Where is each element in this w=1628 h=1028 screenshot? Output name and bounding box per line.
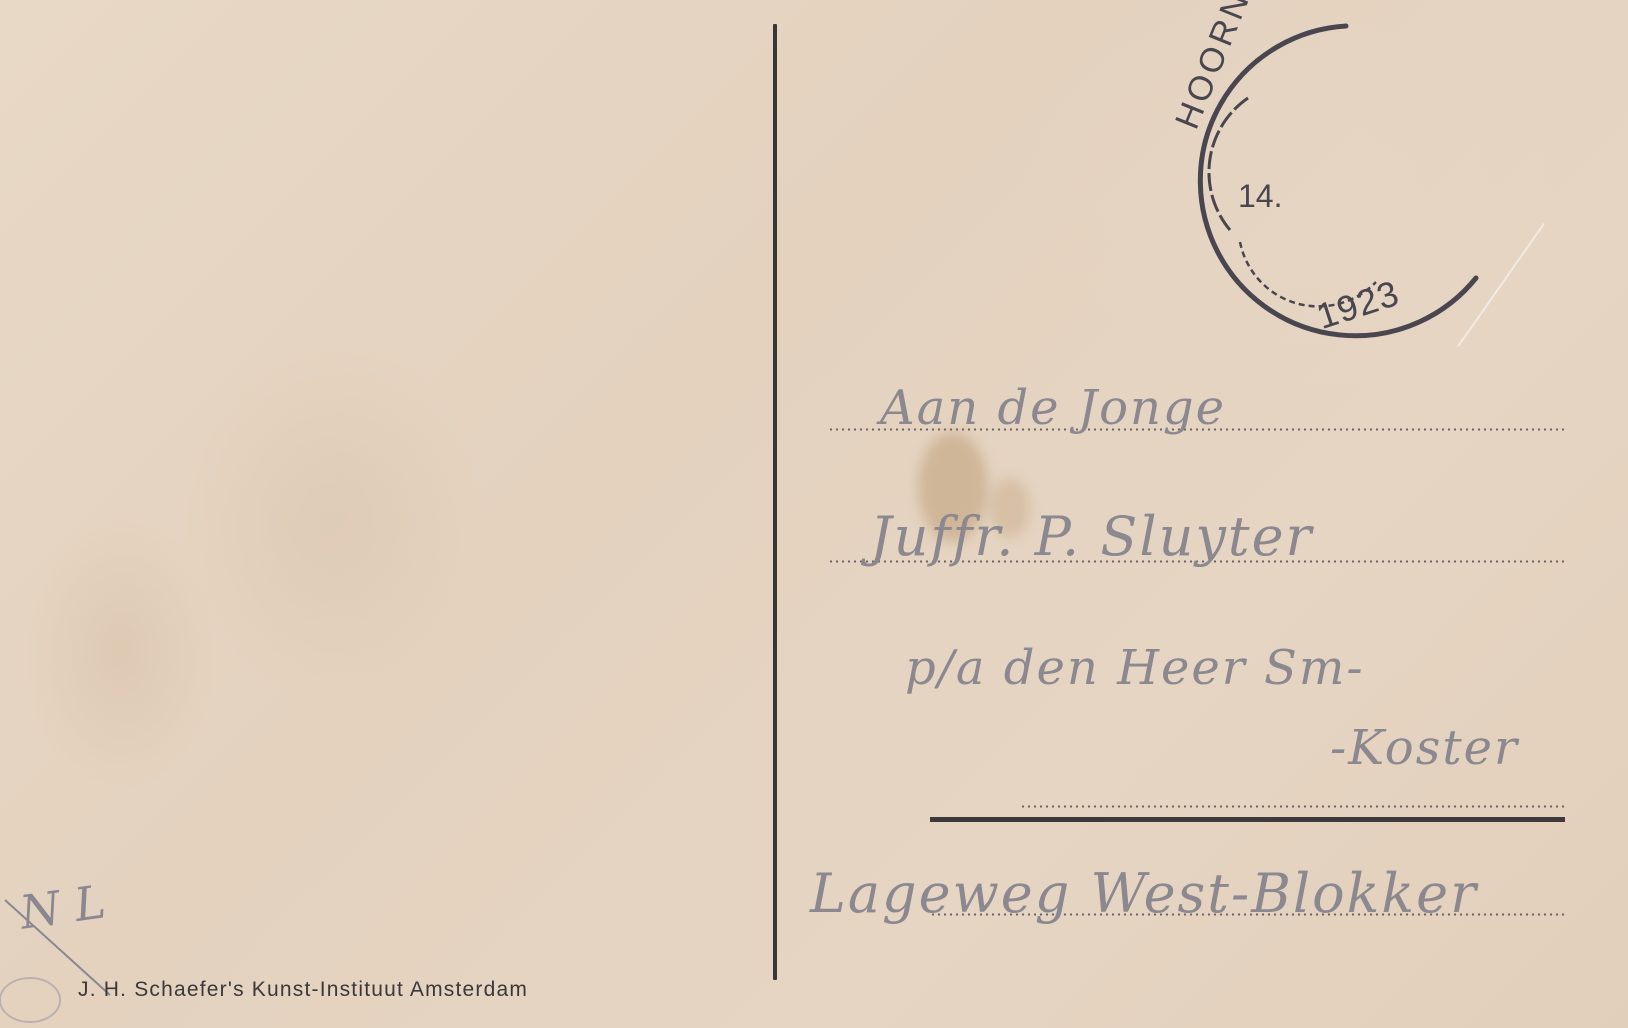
postcard-back: HOORN 14. 1923 Aan de Jonge Juffr. P. Sl… [0, 0, 1628, 1028]
address-text-line-1: Aan de Jonge [880, 380, 1226, 436]
address-text-line-4: -Koster [1330, 720, 1519, 776]
address-line-solid [930, 817, 1565, 822]
pencil-scribble [0, 880, 200, 1028]
address-text-line-5: Lageweg West-Blokker [810, 862, 1478, 925]
publisher-imprint: J. H. Schaefer's Kunst-Instituut Amsterd… [78, 978, 528, 1002]
center-divider-line [773, 24, 777, 980]
address-text-line-2: Juffr. P. Sluyter [870, 505, 1313, 568]
address-text-line-3: p/a den Heer Sm- [905, 640, 1365, 696]
address-line-3 [1020, 805, 1565, 808]
postmark-day: 14. [1238, 178, 1282, 215]
